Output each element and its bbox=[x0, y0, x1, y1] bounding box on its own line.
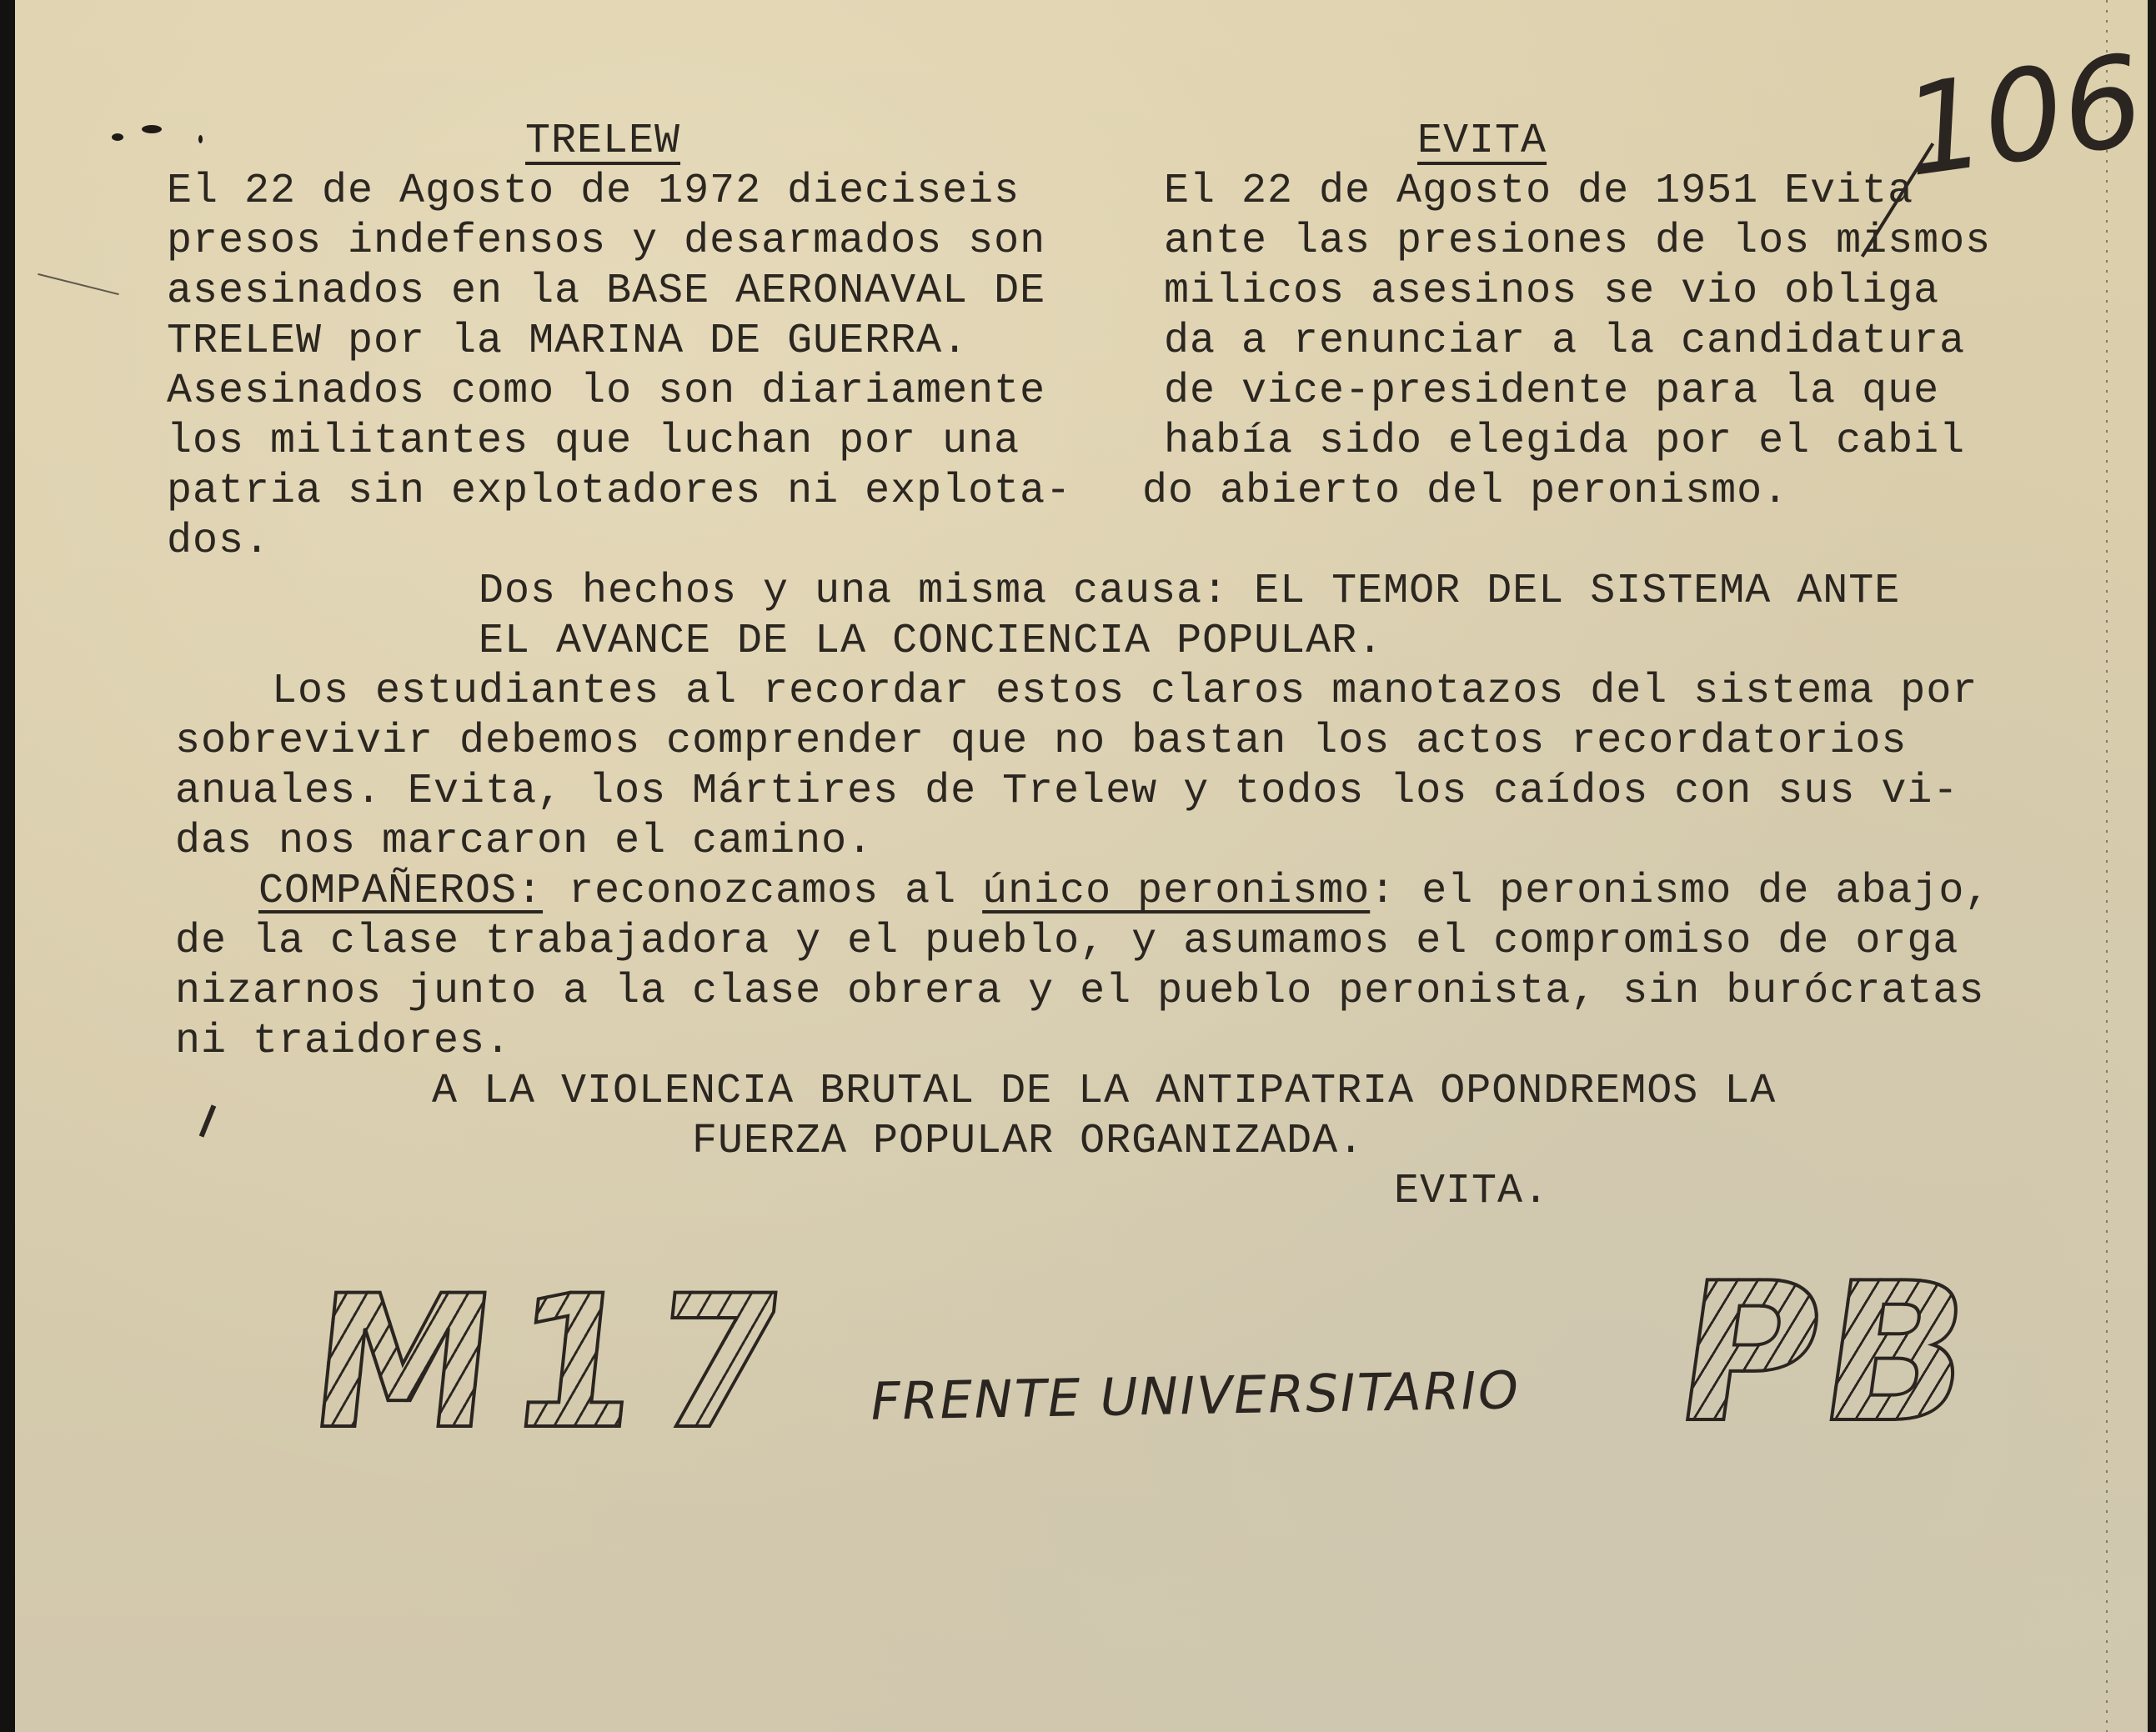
text-line: patria sin explotadores ni explota- bbox=[167, 467, 1071, 517]
text-line: FUERZA POPULAR ORGANIZADA. bbox=[692, 1117, 1364, 1167]
text-line: Asesinados como lo son diariamente bbox=[167, 367, 1045, 417]
page-fold-line bbox=[2106, 0, 2108, 1732]
column-heading-trelew: TRELEW bbox=[525, 117, 680, 167]
text-line: ante las presiones de los mismos bbox=[1164, 217, 1991, 267]
text-line: nizarnos junto a la clase obrera y el pu… bbox=[175, 967, 1984, 1017]
text-line: ni traidores. bbox=[175, 1017, 511, 1067]
margin-dash-mark bbox=[38, 273, 119, 295]
text-line: sobrevivir debemos comprender que no bas… bbox=[175, 717, 1907, 767]
text-line: Dos hechos y una misma causa: EL TEMOR D… bbox=[479, 567, 1900, 617]
text-line: presos indefensos y desarmados son bbox=[167, 217, 1045, 267]
text-line: había sido elegida por el cabil bbox=[1164, 417, 1965, 467]
column-heading-evita: EVITA bbox=[1417, 117, 1547, 167]
logo-pb: PB bbox=[1664, 1250, 1987, 1459]
text-line: EL AVANCE DE LA CONCIENCIA POPULAR. bbox=[479, 617, 1383, 667]
document-page: 106 TRELEW El 22 de Agosto de 1972 dieci… bbox=[12, 0, 2148, 1732]
text-line: de la clase trabajadora y el pueblo, y a… bbox=[175, 917, 1958, 967]
call-lead: COMPAÑEROS: bbox=[258, 868, 543, 915]
text-line: El 22 de Agosto de 1951 Evita bbox=[1164, 167, 1913, 217]
text-line: A LA VIOLENCIA BRUTAL DE LA ANTIPATRIA O… bbox=[432, 1067, 1776, 1117]
ink-speck bbox=[112, 133, 123, 141]
text-line: TRELEW por la MARINA DE GUERRA. bbox=[167, 317, 968, 367]
call-text: : el peronismo de abajo, bbox=[1370, 868, 1990, 915]
text-line: asesinados en la BASE AERONAVAL DE bbox=[167, 267, 1045, 317]
organization-name: FRENTE UNIVERSITARIO bbox=[865, 1361, 1524, 1431]
text-line: da a renunciar a la candidatura bbox=[1164, 317, 1965, 367]
text-line: de vice-presidente para la que bbox=[1164, 367, 1939, 417]
text-line: El 22 de Agosto de 1972 dieciseis bbox=[167, 167, 1020, 217]
scan-edge-right bbox=[2148, 0, 2156, 1732]
call-emphasis: único peronismo bbox=[982, 868, 1370, 915]
scan-edge-left bbox=[0, 0, 15, 1732]
text-line: milicos asesinos se vio obliga bbox=[1164, 267, 1939, 317]
signature: EVITA. bbox=[1394, 1167, 1549, 1217]
text-line: anuales. Evita, los Mártires de Trelew y… bbox=[175, 767, 1958, 817]
call-text: reconozcamos al bbox=[543, 868, 982, 915]
text-line: das nos marcaron el camino. bbox=[175, 817, 873, 867]
logo-m17: M17 bbox=[301, 1263, 810, 1463]
text-line: Los estudiantes al recordar estos claros… bbox=[272, 667, 1978, 717]
text-line: los militantes que luchan por una bbox=[167, 417, 1020, 467]
page-number-handwritten: 106 bbox=[1896, 34, 2151, 199]
text-line: COMPAÑEROS: reconozcamos al único peroni… bbox=[258, 867, 1990, 917]
ink-speck bbox=[142, 125, 162, 133]
text-line: dos. bbox=[167, 517, 270, 567]
ink-speck bbox=[198, 135, 203, 143]
text-line: do abierto del peronismo. bbox=[1142, 467, 1788, 517]
margin-check-mark bbox=[199, 1104, 217, 1137]
